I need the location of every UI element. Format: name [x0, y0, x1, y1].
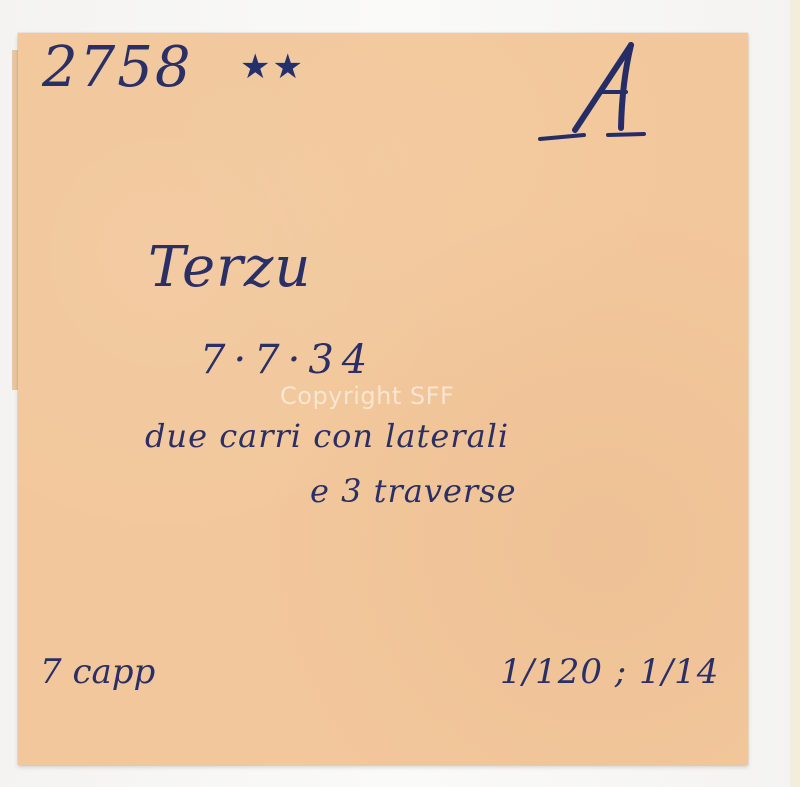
bottom-right-note: 1/120 ; 1/14 [500, 655, 719, 689]
bottom-left-note: 7 capp [40, 655, 155, 689]
copyright-watermark: Copyright SFF [280, 382, 454, 410]
place-name: Terzu [148, 240, 311, 296]
adjacent-sheet-edge [790, 0, 800, 787]
series-letter-a-icon [518, 22, 668, 172]
scan-background: 2758 ★★ A Terzu 7·7·34 Copyright SFF due… [0, 0, 800, 787]
catalog-stars: ★★ [240, 50, 305, 84]
description-line-2: e 3 traverse [310, 475, 517, 507]
series-letter: A [518, 22, 668, 172]
catalog-number: 2758 [42, 40, 193, 96]
date: 7·7·34 [200, 340, 375, 380]
description-line-1: due carri con laterali [145, 420, 509, 452]
